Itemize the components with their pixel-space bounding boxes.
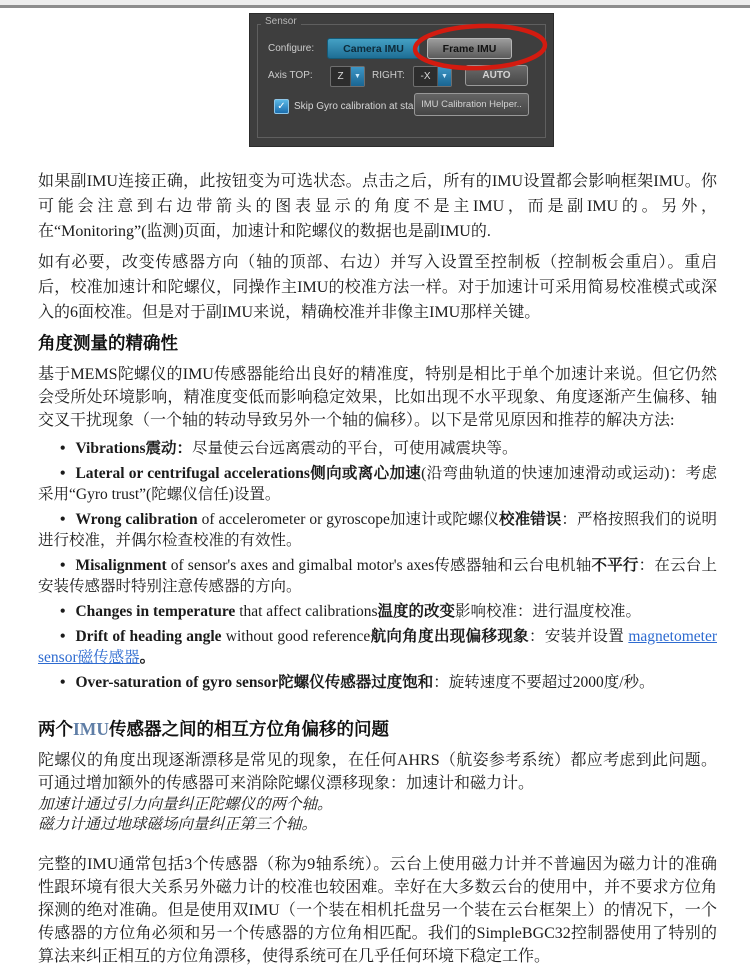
- window-top-strip: [0, 0, 750, 8]
- paragraph-mems-accuracy: 基于MEMS陀螺仪的IMU传感器能给出良好的精准度，特别是相比于单个加速计来说。…: [38, 363, 717, 432]
- bullet-icon: •: [60, 603, 65, 620]
- auto-button[interactable]: AUTO: [465, 65, 528, 86]
- chevron-down-icon: ▼: [350, 67, 364, 86]
- paragraph-9axis-dual-imu: 完整的IMU通常包括3个传感器（称为9轴系统）。云台上使用磁力计并不普遍因为磁力…: [38, 853, 717, 968]
- frame-imu-button[interactable]: Frame IMU: [427, 38, 512, 59]
- heading-two-imu-offset: 两个IMU传感器之间的相互方位角偏移的问题: [38, 717, 717, 741]
- bullet-icon: •: [60, 440, 65, 457]
- camera-imu-button[interactable]: Camera IMU: [327, 38, 420, 59]
- note-magnetometer-axis: 磁力计通过地球磁场向量纠正第三个轴。: [38, 815, 717, 835]
- sensor-group-title: Sensor: [261, 16, 301, 27]
- bullet-icon: •: [60, 511, 65, 528]
- list-item-lateral-accelerations: •Lateral or centrifugal accelerations侧向或…: [38, 463, 717, 505]
- axis-top-value: Z: [331, 71, 350, 82]
- list-item-wrong-calibration: •Wrong calibration of accelerometer or g…: [38, 509, 717, 551]
- imu-calibration-helper-button[interactable]: IMU Calibration Helper..: [414, 93, 529, 116]
- list-item-heading-drift: •Drift of heading angle without good ref…: [38, 626, 717, 668]
- checkmark-icon: ✓: [277, 101, 285, 112]
- skip-gyro-checkbox[interactable]: ✓: [274, 99, 289, 114]
- list-item-misalignment: •Misalignment of sensor's axes and gimal…: [38, 555, 717, 597]
- paragraph-gyro-drift: 陀螺仪的角度出现逐渐漂移是常见的现象，在任何AHRS（航姿参考系统）都应考虑到此…: [38, 749, 717, 795]
- chevron-down-icon: ▼: [437, 67, 451, 86]
- configure-label: Configure:: [268, 43, 314, 54]
- list-item-gyro-saturation: •Over-saturation of gyro sensor陀螺仪传感器过度饱…: [38, 672, 717, 693]
- heading-angle-accuracy: 角度测量的精确性: [38, 331, 717, 355]
- note-accelerometer-axes: 加速计通过引力向量纠正陀螺仪的两个轴。: [38, 795, 717, 815]
- paragraph-frame-imu-effect: 如果副IMU连接正确，此按钮变为可选状态。点击之后，所有的IMU设置都会影响框架…: [38, 169, 717, 244]
- document-body: 如果副IMU连接正确，此按钮变为可选状态。点击之后，所有的IMU设置都会影响框架…: [38, 169, 717, 968]
- axis-right-value: -X: [414, 71, 437, 82]
- axis-right-label: RIGHT:: [372, 70, 405, 81]
- skip-gyro-label: Skip Gyro calibration at startup: [294, 101, 431, 112]
- paragraph-sensor-orientation: 如有必要，改变传感器方向（轴的顶部、右边）并写入设置至控制板（控制板会重启）。重…: [38, 250, 717, 325]
- bullet-icon: •: [60, 628, 65, 645]
- bullet-icon: •: [60, 465, 65, 482]
- list-item-vibrations: •Vibrations震动：尽量使云台远离震动的平台，可使用减震块等。: [38, 438, 717, 459]
- axis-top-label: Axis TOP:: [268, 70, 313, 81]
- axis-right-dropdown[interactable]: -X ▼: [413, 66, 452, 87]
- bullet-icon: •: [60, 674, 65, 691]
- sensor-settings-panel: Sensor Configure: Camera IMU Frame IMU A…: [250, 14, 553, 146]
- axis-top-dropdown[interactable]: Z ▼: [330, 66, 365, 87]
- bullet-icon: •: [60, 557, 65, 574]
- list-item-temperature: •Changes in temperature that affect cali…: [38, 601, 717, 622]
